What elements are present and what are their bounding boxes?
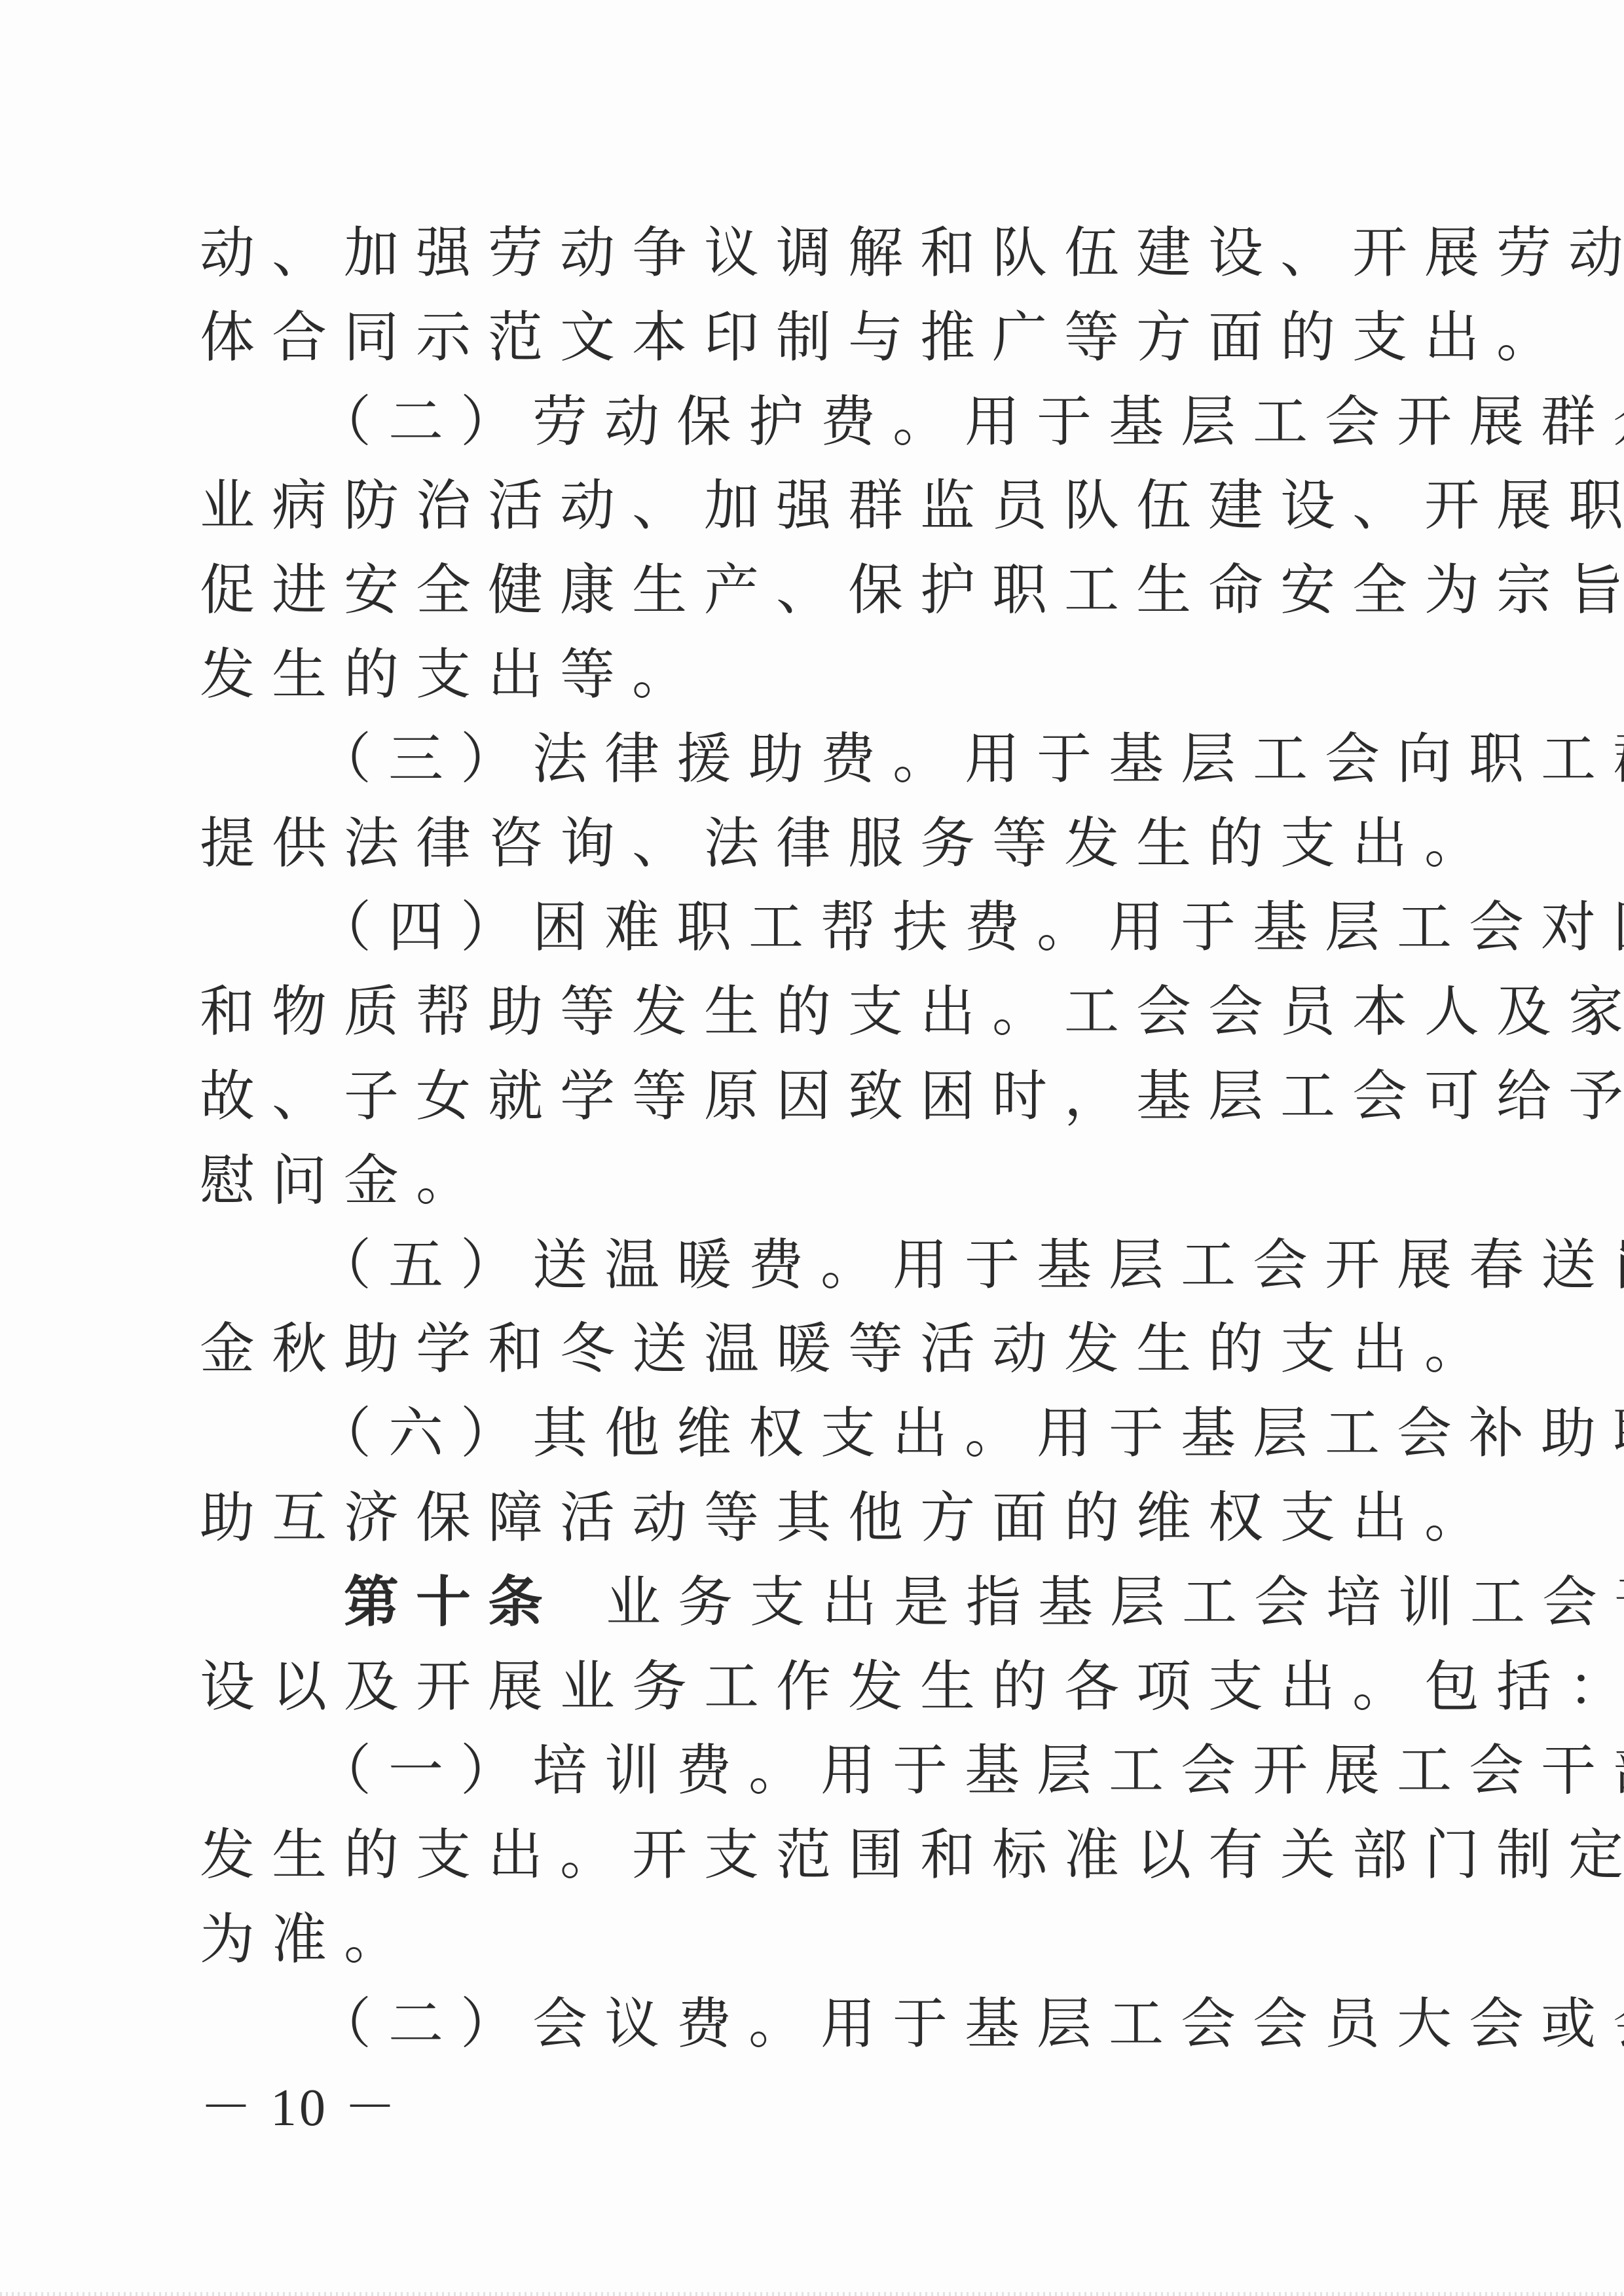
article-heading: 第十条 (344, 1570, 560, 1634)
text-line: 和物质帮助等发生的支出。工会会员本人及家庭因大病、意外事 (200, 970, 1428, 1054)
text-line: 为准。 (200, 1897, 1428, 1982)
text-line: 金秋助学和冬送温暖等活动发生的支出。 (200, 1307, 1428, 1391)
text-line: 发生的支出。开支范围和标准以有关部门制定的培训费管理办法 (200, 1813, 1428, 1897)
text-line: 体合同示范文本印制与推广等方面的支出。 (200, 295, 1428, 380)
text-line: （二）劳动保护费。用于基层工会开展群众性安全生产和职 (200, 380, 1428, 464)
text-line: 促进安全健康生产、保护职工生命安全为宗旨开展职工劳动保护 (200, 548, 1428, 632)
indent (200, 1570, 344, 1634)
text-line: 动、加强劳动争议调解和队伍建设、开展劳动合同咨询活动、集 (200, 211, 1428, 295)
text-line: （六）其他维权支出。用于基层工会补助职工和会员参加互 (200, 1391, 1428, 1476)
text-line: 发生的支出等。 (200, 632, 1428, 717)
text-line: （一）培训费。用于基层工会开展工会干部和积极分子培训 (200, 1728, 1428, 1813)
page-number: － 10 － (200, 2075, 399, 2141)
article-text: 业务支出是指基层工会培训工会干部、加强自身建 (606, 1570, 1624, 1634)
document-page: 动、加强劳动争议调解和队伍建设、开展劳动合同咨询活动、集 体合同示范文本印制与推… (0, 0, 1624, 2296)
text-line: 故、子女就学等原因致困时，基层工会可给予不超过 1000 元的 (200, 1054, 1428, 1139)
text-line: 助互济保障活动等其他方面的维权支出。 (200, 1476, 1428, 1560)
article-heading-line: 第十条业务支出是指基层工会培训工会干部、加强自身建 (200, 1560, 1428, 1645)
text-line: 提供法律咨询、法律服务等发生的支出。 (200, 801, 1428, 886)
scan-edge-artifact (0, 2292, 1624, 2296)
text-line: 设以及开展业务工作发生的各项支出。包括： (200, 1645, 1428, 1729)
text-line: 业病防治活动、加强群监员队伍建设、开展职工心理健康维护等 (200, 464, 1428, 548)
text-line: 慰问金。 (200, 1139, 1428, 1223)
document-body: 动、加强劳动争议调解和队伍建设、开展劳动合同咨询活动、集 体合同示范文本印制与推… (200, 211, 1428, 2066)
text-line: （五）送温暖费。用于基层工会开展春送岗位、夏送清凉、 (200, 1223, 1428, 1307)
text-line: （四）困难职工帮扶费。用于基层工会对困难职工提供资金 (200, 885, 1428, 970)
text-line: （二）会议费。用于基层工会会员大会或会员代表大会、委 (200, 1982, 1428, 2066)
text-line: （三）法律援助费。用于基层工会向职工群众开展法治宣传、 (200, 717, 1428, 801)
